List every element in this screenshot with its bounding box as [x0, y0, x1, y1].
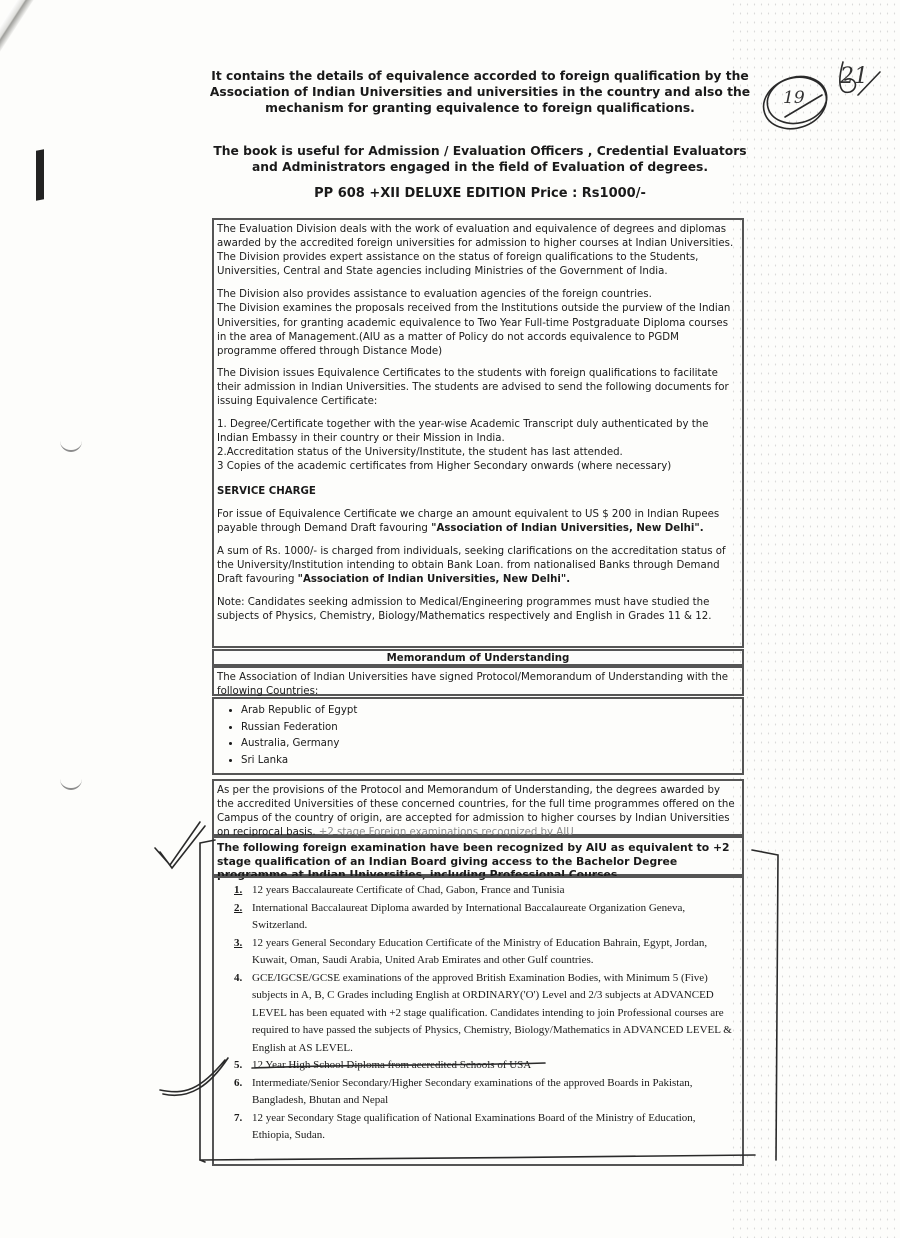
- exam-text: International Baccalaureat Diploma award…: [252, 900, 732, 935]
- exam-text: Intermediate/Senior Secondary/Higher Sec…: [252, 1075, 732, 1110]
- intro-audience: The book is useful for Admission / Evalu…: [205, 143, 755, 175]
- country-item: Russian Federation: [241, 720, 739, 737]
- exam-text: GCE/IGCSE/GCSE examinations of the appro…: [252, 970, 732, 1058]
- mou-title: Memorandum of Understanding: [212, 649, 744, 666]
- recognized-heading: The following foreign examination have b…: [212, 836, 744, 876]
- reciprocal-box: As per the provisions of the Protocol an…: [212, 779, 744, 836]
- scan-noise: [730, 0, 900, 1238]
- country-item: Australia, Germany: [241, 736, 739, 753]
- payee-name: "Association of Indian Universities, New…: [431, 523, 703, 534]
- exam-item: 2.International Baccalaureat Diploma awa…: [234, 900, 732, 935]
- exam-text: 12 years Baccalaureate Certificate of Ch…: [252, 882, 564, 900]
- exam-item: 7.12 year Secondary Stage qualification …: [234, 1110, 732, 1145]
- exam-text: 12 Year High School Diploma from accredi…: [252, 1057, 531, 1075]
- division-description: The Evaluation Division deals with the w…: [217, 223, 739, 279]
- punch-hole-mark: [60, 778, 82, 790]
- document-item: 2.Accreditation status of the University…: [217, 447, 623, 458]
- payee-name: "Association of Indian Universities, New…: [298, 574, 570, 585]
- service-charge-heading: SERVICE CHARGE: [217, 485, 739, 499]
- exam-item: 3.12 years General Secondary Education C…: [234, 935, 732, 970]
- country-list: Arab Republic of Egypt Russian Federatio…: [217, 703, 739, 769]
- scan-corner-artifact: [36, 149, 44, 200]
- document-item: 3 Copies of the academic certificates fr…: [217, 461, 671, 472]
- exam-number: 3.: [234, 935, 252, 970]
- document-item: 1. Degree/Certificate together with the …: [217, 419, 708, 444]
- exam-number: 4.: [234, 970, 252, 1058]
- exam-number: 5.: [234, 1057, 252, 1075]
- recognized-exams-box: 1.12 years Baccalaureate Certificate of …: [212, 876, 744, 1166]
- intro-paragraph: It contains the details of equivalence a…: [205, 68, 755, 116]
- exam-text: 12 year Secondary Stage qualification of…: [252, 1110, 732, 1145]
- evaluation-division-box: The Evaluation Division deals with the w…: [212, 218, 744, 648]
- exam-text: 12 years General Secondary Education Cer…: [252, 935, 732, 970]
- recognized-exam-list: 1.12 years Baccalaureate Certificate of …: [234, 882, 732, 1145]
- exam-number: 7.: [234, 1110, 252, 1145]
- division-certificates: The Division issues Equivalence Certific…: [217, 367, 739, 409]
- punch-hole-mark: [60, 440, 82, 452]
- page-number: 21: [840, 64, 868, 89]
- country-item: Sri Lanka: [241, 753, 739, 770]
- division-assistance: The Division also provides assistance to…: [217, 289, 652, 300]
- mou-intro: The Association of Indian Universities h…: [212, 666, 744, 696]
- country-item: Arab Republic of Egypt: [241, 703, 739, 720]
- exam-number: 2.: [234, 900, 252, 935]
- exam-item: 4.GCE/IGCSE/GCSE examinations of the app…: [234, 970, 732, 1058]
- mou-countries-box: Arab Republic of Egypt Russian Federatio…: [212, 697, 744, 775]
- admission-note: Note: Candidates seeking admission to Me…: [217, 596, 739, 624]
- exam-number: 6.: [234, 1075, 252, 1110]
- exam-item: 1.12 years Baccalaureate Certificate of …: [234, 882, 732, 900]
- division-pgdm: The Division examines the proposals rece…: [217, 303, 730, 356]
- price-line: PP 608 +XII DELUXE EDITION Price : Rs100…: [205, 186, 755, 202]
- circled-number: 19: [783, 88, 805, 108]
- exam-number: 1.: [234, 882, 252, 900]
- exam-item: 6.Intermediate/Senior Secondary/Higher S…: [234, 1075, 732, 1110]
- exam-item: 5.12 Year High School Diploma from accre…: [234, 1057, 732, 1075]
